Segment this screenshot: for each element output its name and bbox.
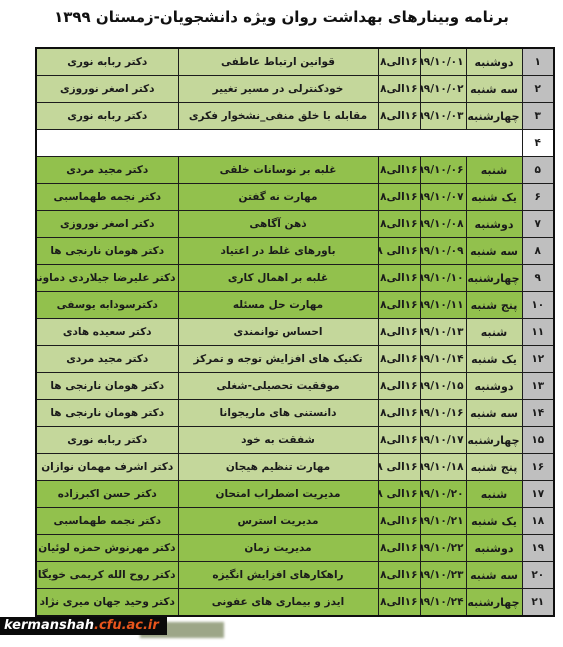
cell-date: ۹۹/۱۰/۲۱ — [420, 508, 466, 535]
cell-date: ۹۹/۱۰/۱۵ — [420, 373, 466, 400]
table-row: ۱۳دوشنبه۹۹/۱۰/۱۵۱۶الی۱۸موفقیت تحصیلی-شغل… — [36, 373, 554, 400]
cell-num: ۲۱ — [522, 589, 554, 617]
cell-day: یک شنبه — [466, 184, 522, 211]
cell-time: ۱۶الی۱۸ — [378, 427, 420, 454]
cell-num: ۹ — [522, 265, 554, 292]
watermark-site-domain: .cfu.ac.ir — [94, 618, 159, 633]
cell-num: ۶ — [522, 184, 554, 211]
cell-date: ۹۹/۱۰/۰۳ — [420, 103, 466, 130]
table-row: ۲۰سه شنبه۹۹/۱۰/۲۳۱۶الی۱۸راهکارهای افزایش… — [36, 562, 554, 589]
schedule-page: { "title": "برنامه وبینارهای بهداشت روان… — [0, 0, 563, 647]
cell-day: پنج شنبه — [466, 454, 522, 481]
table-row: ۶یک شنبه۹۹/۱۰/۰۷۱۶الی۱۸مهارت نه گفتندکتر… — [36, 184, 554, 211]
cell-presenter: دکتر حسن اکبرزاده — [36, 481, 178, 508]
cell-presenter — [36, 130, 178, 157]
table-row: ۳چهارشنبه۹۹/۱۰/۰۳۱۶الی۱۸مقابله با خلق من… — [36, 103, 554, 130]
table-row: ۱۸یک شنبه۹۹/۱۰/۲۱۱۶الی۱۸مدیریت استرسدکتر… — [36, 508, 554, 535]
cell-date: ۹۹/۱۰/۱۶ — [420, 400, 466, 427]
cell-date: ۹۹/۱۰/۲۰ — [420, 481, 466, 508]
table-row: ۱۷شنبه۹۹/۱۰/۲۰۱۶الی ۱۸مدیریت اضطراب امتح… — [36, 481, 554, 508]
cell-date: ۹۹/۱۰/۱۳ — [420, 319, 466, 346]
cell-num: ۷ — [522, 211, 554, 238]
table-row: ۱۱شنبه۹۹/۱۰/۱۳۱۶الی۱۸احساس توانمندیدکتر … — [36, 319, 554, 346]
cell-time: ۱۶الی ۱۸ — [378, 481, 420, 508]
cell-presenter: دکتر روح الله کریمی خویگانی — [36, 562, 178, 589]
cell-num: ۱۱ — [522, 319, 554, 346]
cell-day: شنبه — [466, 481, 522, 508]
cell-day: سه شنبه — [466, 562, 522, 589]
cell-day: یک شنبه — [466, 346, 522, 373]
cell-date: ۹۹/۱۰/۲۳ — [420, 562, 466, 589]
cell-date: ۹۹/۱۰/۰۸ — [420, 211, 466, 238]
cell-time: ۱۶الی ۱۸ — [378, 454, 420, 481]
cell-time: ۱۶الی۱۸ — [378, 346, 420, 373]
cell-topic: خودکنترلی در مسیر تغییر — [178, 76, 378, 103]
cell-time: ۱۶الی۱۸ — [378, 292, 420, 319]
cell-day — [466, 130, 522, 157]
cell-presenter: دکتر علیرضا جیلاردی دماوندی — [36, 265, 178, 292]
cell-day: چهارشنبه — [466, 265, 522, 292]
schedule-table-body: ۱دوشنبه۹۹/۱۰/۰۱۱۶الی۱۸قوانین ارتباط عاطف… — [36, 48, 554, 616]
cell-time: ۱۶الی۱۸ — [378, 562, 420, 589]
cell-time — [378, 130, 420, 157]
cell-topic: مهارت نه گفتن — [178, 184, 378, 211]
cell-topic — [178, 130, 378, 157]
cell-topic: قوانین ارتباط عاطفی — [178, 48, 378, 76]
cell-date: ۹۹/۱۰/۰۶ — [420, 157, 466, 184]
cell-day: یک شنبه — [466, 508, 522, 535]
cell-presenter: دکتر مجید مردی — [36, 346, 178, 373]
cell-presenter: دکتر مجید مردی — [36, 157, 178, 184]
cell-time: ۱۶الی۱۸ — [378, 157, 420, 184]
cell-date: ۹۹/۱۰/۲۲ — [420, 535, 466, 562]
cell-num: ۲ — [522, 76, 554, 103]
cell-presenter: دکتر اصغر نوروزی — [36, 76, 178, 103]
cell-num: ۱۵ — [522, 427, 554, 454]
cell-date: ۹۹/۱۰/۰۱ — [420, 48, 466, 76]
watermark: kermanshah.cfu.ac.ir — [0, 617, 167, 635]
cell-num: ۱۸ — [522, 508, 554, 535]
cell-time: ۱۶الی۱۸ — [378, 103, 420, 130]
cell-topic: مدیریت استرس — [178, 508, 378, 535]
cell-time: ۱۶الی۱۸ — [378, 211, 420, 238]
cell-num: ۲۰ — [522, 562, 554, 589]
cell-date: ۹۹/۱۰/۱۰ — [420, 265, 466, 292]
table-row: ۷دوشنبه۹۹/۱۰/۰۸۱۶الی۱۸ذهن آگاهیدکتر اصغر… — [36, 211, 554, 238]
cell-topic: راهکارهای افزایش انگیزه — [178, 562, 378, 589]
table-row: ۱۴سه شنبه۹۹/۱۰/۱۶۱۶الی۱۸دانستنی های ماری… — [36, 400, 554, 427]
cell-num: ۱۹ — [522, 535, 554, 562]
cell-date: ۹۹/۱۰/۱۴ — [420, 346, 466, 373]
cell-day: سه شنبه — [466, 238, 522, 265]
cell-date: ۹۹/۱۰/۱۱ — [420, 292, 466, 319]
cell-time: ۱۶الی۱۸ — [378, 373, 420, 400]
table-row: ۱۶پنج شنبه۹۹/۱۰/۱۸۱۶الی ۱۸مهارت تنظیم هی… — [36, 454, 554, 481]
cell-presenter: دکترسودابه یوسفی — [36, 292, 178, 319]
cell-presenter: دکتر اصغر نوروزی — [36, 211, 178, 238]
cell-time: ۱۶الی۱۸ — [378, 400, 420, 427]
cell-topic: مهارت حل مسئله — [178, 292, 378, 319]
cell-topic: ایدز و بیماری های عفونی — [178, 589, 378, 617]
cell-time: ۱۶الی۱۸ — [378, 76, 420, 103]
cell-time: ۱۶الی۱۸ — [378, 265, 420, 292]
cell-topic: ذهن آگاهی — [178, 211, 378, 238]
table-row: ۱۹دوشنبه۹۹/۱۰/۲۲۱۶الی۱۸مدیریت زماندکتر م… — [36, 535, 554, 562]
cell-presenter: دکتر اشرف مهمان نوازان — [36, 454, 178, 481]
cell-day: دوشنبه — [466, 373, 522, 400]
watermark-site-name: kermanshah — [4, 618, 94, 633]
cell-presenter: دکتر ربابه نوری — [36, 427, 178, 454]
cell-presenter: دکتر هومان نارنجی ها — [36, 373, 178, 400]
cell-topic: مهارت تنظیم هیجان — [178, 454, 378, 481]
table-row: ۱۲یک شنبه۹۹/۱۰/۱۴۱۶الی۱۸تکنیک های افزایش… — [36, 346, 554, 373]
table-row: ۱۵چهارشنبه۹۹/۱۰/۱۷۱۶الی۱۸شفقت به خوددکتر… — [36, 427, 554, 454]
cell-day: چهارشنبه — [466, 427, 522, 454]
cell-topic: احساس توانمندی — [178, 319, 378, 346]
cell-num: ۱۲ — [522, 346, 554, 373]
cell-date: ۹۹/۱۰/۰۷ — [420, 184, 466, 211]
cell-topic: مقابله با خلق منفی_نشخوار فکری — [178, 103, 378, 130]
cell-date: ۹۹/۱۰/۰۹ — [420, 238, 466, 265]
webinar-schedule-table: ۱دوشنبه۹۹/۱۰/۰۱۱۶الی۱۸قوانین ارتباط عاطف… — [35, 47, 555, 617]
cell-num: ۱۳ — [522, 373, 554, 400]
cell-num: ۸ — [522, 238, 554, 265]
cell-num: ۴ — [522, 130, 554, 157]
cell-topic: باورهای غلط در اعتیاد — [178, 238, 378, 265]
cell-time: ۱۶الی۱۸ — [378, 319, 420, 346]
cell-day: سه شنبه — [466, 400, 522, 427]
cell-num: ۵ — [522, 157, 554, 184]
cell-num: ۳ — [522, 103, 554, 130]
cell-topic: غلبه بر اهمال کاری — [178, 265, 378, 292]
cell-topic: مدیریت اضطراب امتحان — [178, 481, 378, 508]
page-title: برنامه وبینارهای بهداشت روان ویژه دانشجو… — [6, 8, 557, 26]
cell-day: دوشنبه — [466, 211, 522, 238]
cell-topic: شفقت به خود — [178, 427, 378, 454]
table-row: ۲سه شنبه۹۹/۱۰/۰۲۱۶الی۱۸خودکنترلی در مسیر… — [36, 76, 554, 103]
cell-presenter: دکتر ربابه نوری — [36, 48, 178, 76]
cell-presenter: دکتر سعیده هادی — [36, 319, 178, 346]
cell-day: پنج شنبه — [466, 292, 522, 319]
cell-presenter: دکتر هومان نارنجی ها — [36, 400, 178, 427]
cell-date: ۹۹/۱۰/۲۴ — [420, 589, 466, 617]
cell-num: ۱۰ — [522, 292, 554, 319]
table-row: ۱۰پنج شنبه۹۹/۱۰/۱۱۱۶الی۱۸مهارت حل مسئلهد… — [36, 292, 554, 319]
cell-num: ۱۶ — [522, 454, 554, 481]
cell-time: ۱۶الی۱۸ — [378, 589, 420, 617]
cell-time: ۱۶الی۱۸ — [378, 535, 420, 562]
cell-presenter: دکتر وحید جهان میری نژاد — [36, 589, 178, 617]
cell-presenter: دکتر ربابه نوری — [36, 103, 178, 130]
table-row: ۸سه شنبه۹۹/۱۰/۰۹۱۶الی ۱۸باورهای غلط در ا… — [36, 238, 554, 265]
cell-topic: تکنیک های افزایش توجه و تمرکز — [178, 346, 378, 373]
cell-time: ۱۶الی ۱۸ — [378, 238, 420, 265]
table-row: ۵شنبه۹۹/۱۰/۰۶۱۶الی۱۸غلبه بر نوسانات خلقی… — [36, 157, 554, 184]
table-row: ۹چهارشنبه۹۹/۱۰/۱۰۱۶الی۱۸غلبه بر اهمال کا… — [36, 265, 554, 292]
cell-presenter: دکتر نجمه طهماسبی — [36, 184, 178, 211]
cell-presenter: دکتر مهرنوش حمزه لوئیان — [36, 535, 178, 562]
table-row: ۲۱چهارشنبه۹۹/۱۰/۲۴۱۶الی۱۸ایدز و بیماری ه… — [36, 589, 554, 617]
cell-day: دوشنبه — [466, 535, 522, 562]
cell-presenter: دکتر نجمه طهماسبی — [36, 508, 178, 535]
cell-topic: غلبه بر نوسانات خلقی — [178, 157, 378, 184]
cell-time: ۱۶الی۱۸ — [378, 48, 420, 76]
cell-time: ۱۶الی۱۸ — [378, 508, 420, 535]
cell-time: ۱۶الی۱۸ — [378, 184, 420, 211]
cell-day: شنبه — [466, 319, 522, 346]
cell-num: ۱۷ — [522, 481, 554, 508]
cell-date: ۹۹/۱۰/۱۸ — [420, 454, 466, 481]
cell-topic: دانستنی های ماریجوانا — [178, 400, 378, 427]
cell-day: سه شنبه — [466, 76, 522, 103]
cell-topic: مدیریت زمان — [178, 535, 378, 562]
table-row: ۴ — [36, 130, 554, 157]
table-row: ۱دوشنبه۹۹/۱۰/۰۱۱۶الی۱۸قوانین ارتباط عاطف… — [36, 48, 554, 76]
cell-date: ۹۹/۱۰/۰۲ — [420, 76, 466, 103]
cell-day: شنبه — [466, 157, 522, 184]
cell-presenter: دکتر هومان نارنجی ها — [36, 238, 178, 265]
cell-topic: موفقیت تحصیلی-شغلی — [178, 373, 378, 400]
cell-date: ۹۹/۱۰/۱۷ — [420, 427, 466, 454]
cell-num: ۱۴ — [522, 400, 554, 427]
cell-day: چهارشنبه — [466, 589, 522, 617]
cell-num: ۱ — [522, 48, 554, 76]
cell-day: دوشنبه — [466, 48, 522, 76]
cell-date — [420, 130, 466, 157]
cell-day: چهارشنبه — [466, 103, 522, 130]
